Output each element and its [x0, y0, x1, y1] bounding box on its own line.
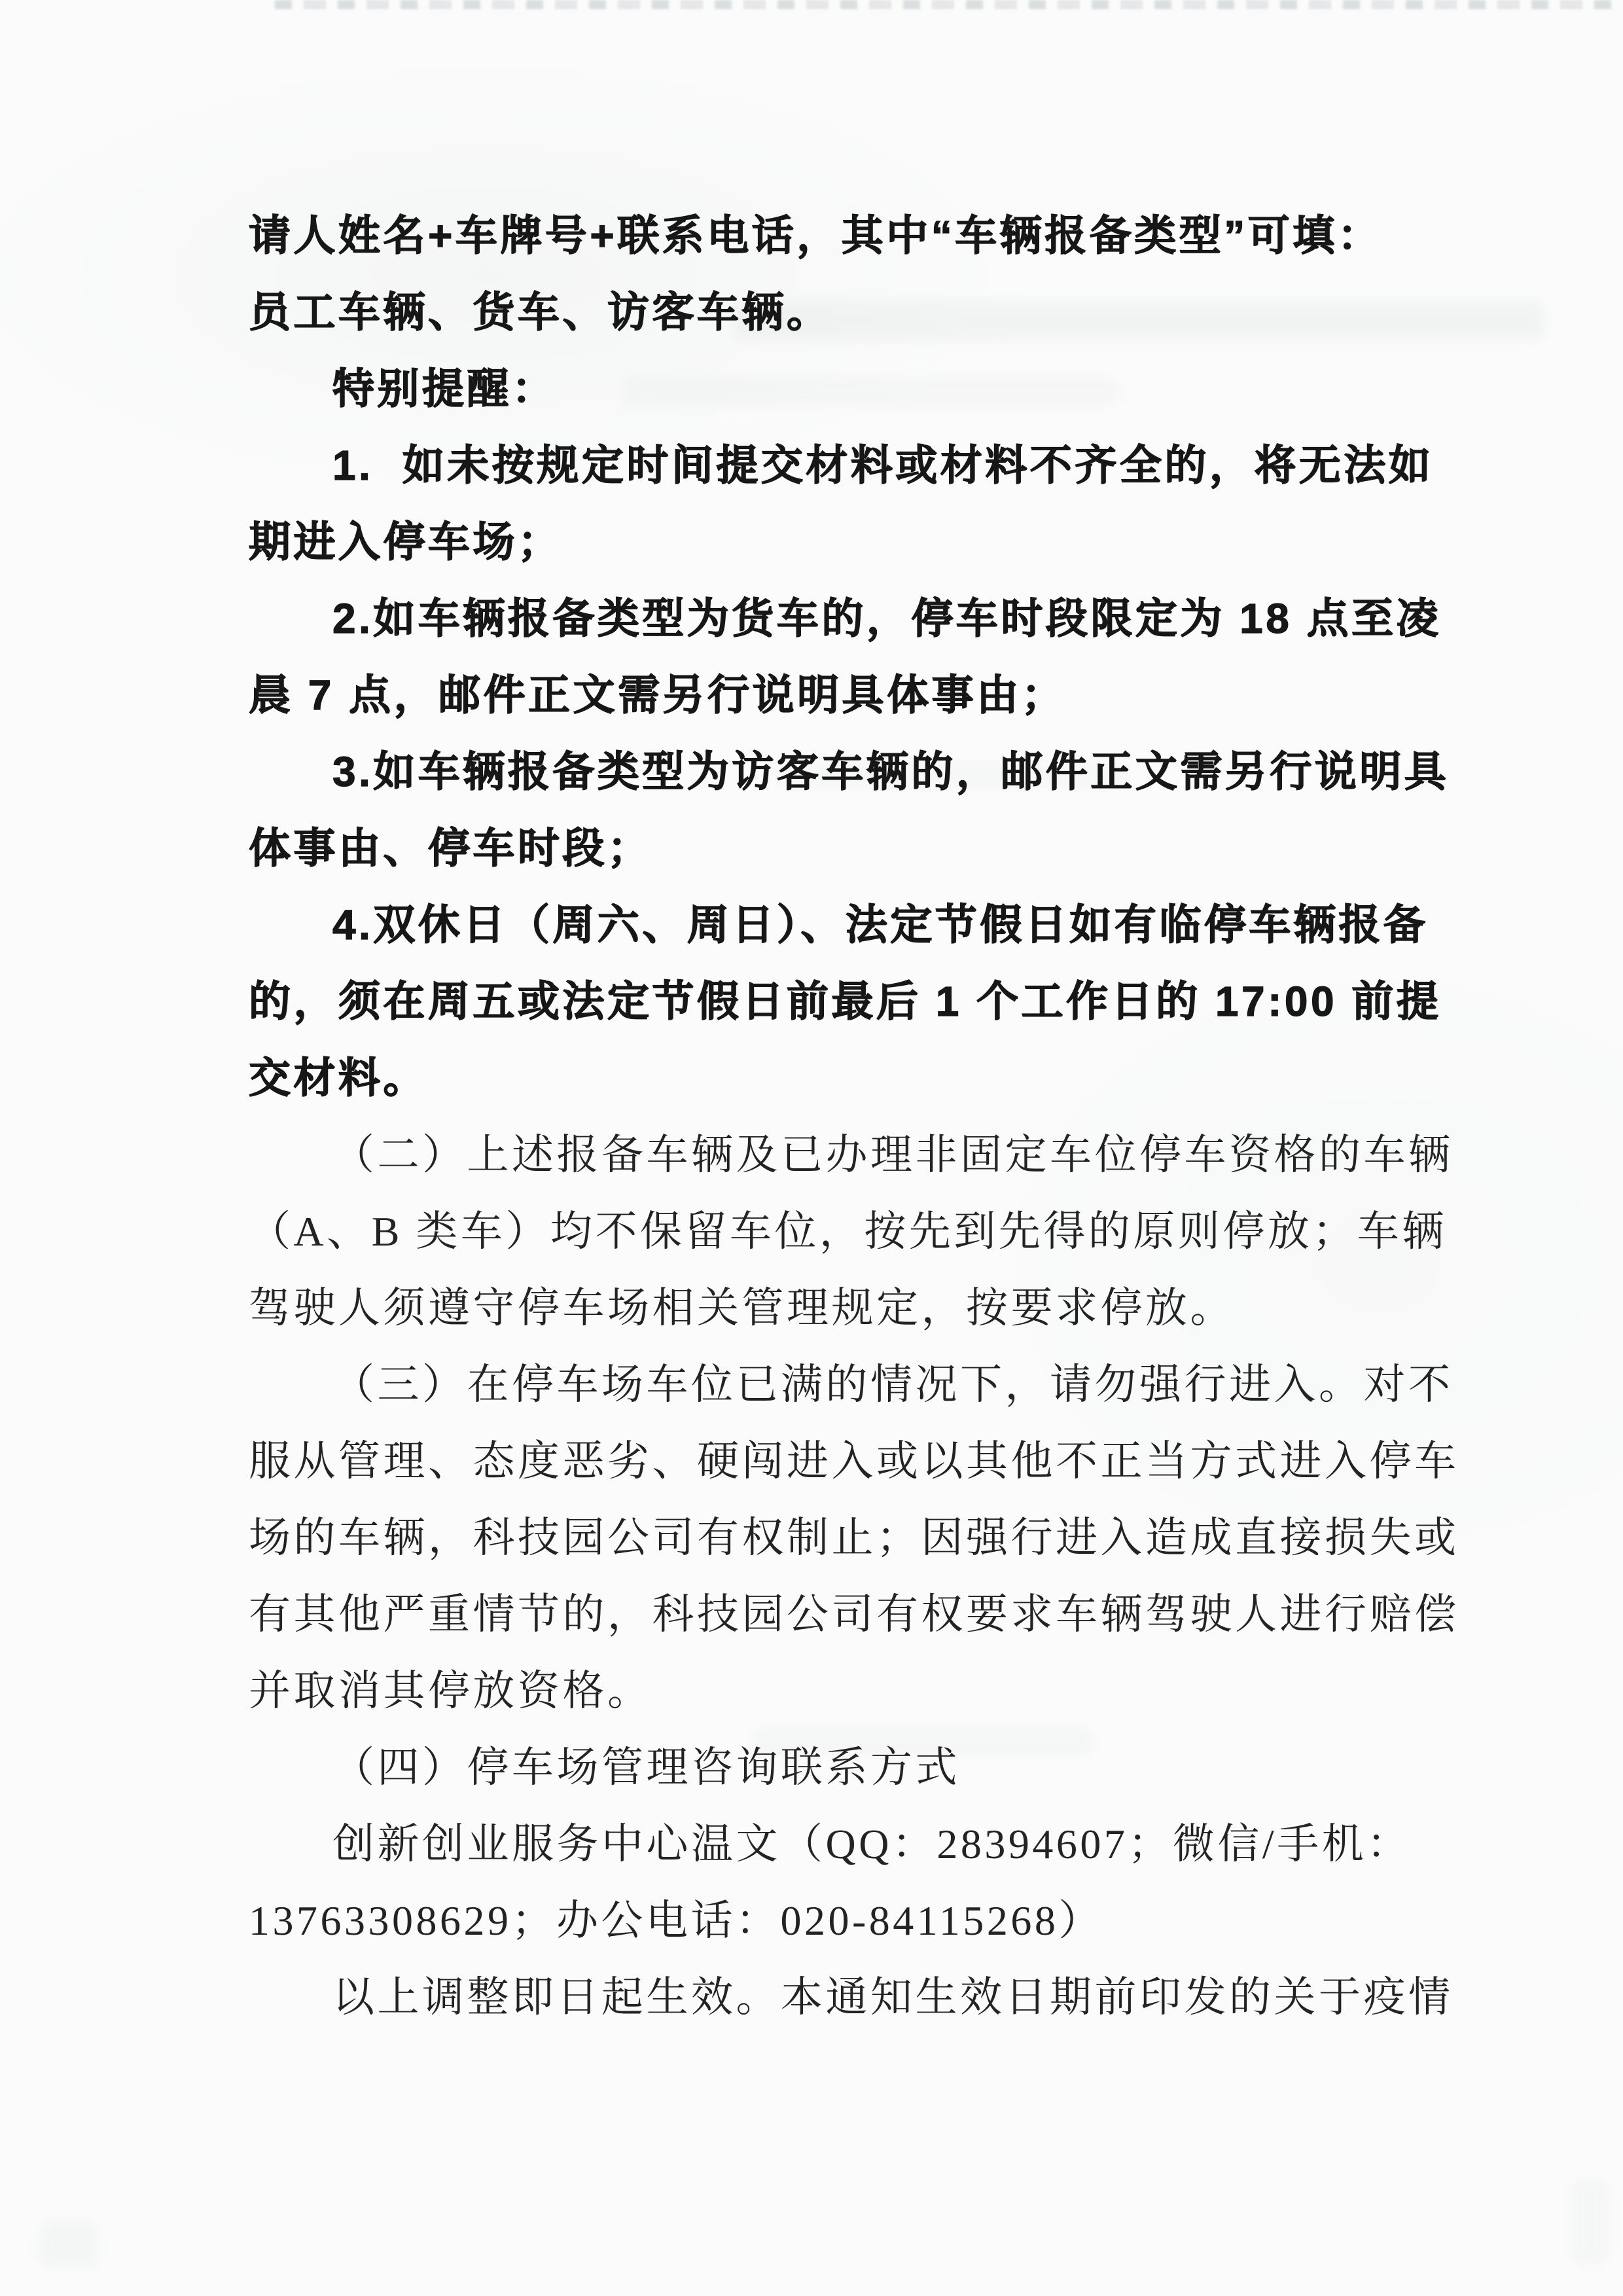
scan-smudge [39, 2222, 98, 2268]
text-line: 交材料。 [249, 1040, 1427, 1117]
text-line: 2.如车辆报备类型为货车的，停车时段限定为 18 点至凌 [249, 581, 1427, 657]
document-page: 请人姓名+车牌号+联系电话，其中“车辆报备类型”可填： 员工车辆、货车、访客车辆… [0, 0, 1623, 2296]
scan-artifact-top-edge [275, 0, 1623, 9]
text-line: 驾驶人须遵守停车场相关管理规定，按要求停放。 [249, 1270, 1427, 1346]
text-line: 请人姓名+车牌号+联系电话，其中“车辆报备类型”可填： [249, 198, 1427, 274]
notice-text-block: 请人姓名+车牌号+联系电话，其中“车辆报备类型”可填： 员工车辆、货车、访客车辆… [249, 198, 1427, 2036]
text-line: 服从管理、态度恶劣、硬闯进入或以其他不正当方式进入停车 [249, 1423, 1427, 1499]
text-line: 特别提醒： [249, 351, 1427, 427]
text-line: （四）停车场管理咨询联系方式 [249, 1729, 1427, 1806]
text-line: （A、B 类车）均不保留车位，按先到先得的原则停放；车辆 [249, 1193, 1427, 1270]
text-line: 晨 7 点，邮件正文需另行说明具体事由； [249, 657, 1427, 734]
text-line: 的，须在周五或法定节假日前最后 1 个工作日的 17:00 前提 [249, 963, 1427, 1040]
text-line: 期进入停车场； [249, 504, 1427, 581]
text-line: 以上调整即日起生效。本通知生效日期前印发的关于疫情 [249, 1959, 1427, 2036]
text-line: 体事由、停车时段； [249, 810, 1427, 887]
text-line: 并取消其停放资格。 [249, 1653, 1427, 1729]
text-line: 创新创业服务中心温文（QQ：28394607；微信/手机： [249, 1806, 1427, 1882]
scan-smudge [1571, 2179, 1610, 2265]
text-line: 有其他严重情节的，科技园公司有权要求车辆驾驶人进行赔偿 [249, 1576, 1427, 1653]
text-line: 场的车辆，科技园公司有权制止；因强行进入造成直接损失或 [249, 1499, 1427, 1576]
text-line: 3.如车辆报备类型为访客车辆的，邮件正文需另行说明具 [249, 734, 1427, 810]
text-line: （三）在停车场车位已满的情况下，请勿强行进入。对不 [249, 1346, 1427, 1423]
text-line: 4.双休日（周六、周日）、法定节假日如有临停车辆报备 [249, 887, 1427, 963]
text-line: （二）上述报备车辆及已办理非固定车位停车资格的车辆 [249, 1117, 1427, 1193]
text-line: 员工车辆、货车、访客车辆。 [249, 274, 1427, 351]
text-line: 13763308629；办公电话：020-84115268） [249, 1882, 1427, 1959]
text-line: 1. 如未按规定时间提交材料或材料不齐全的，将无法如 [249, 427, 1427, 504]
